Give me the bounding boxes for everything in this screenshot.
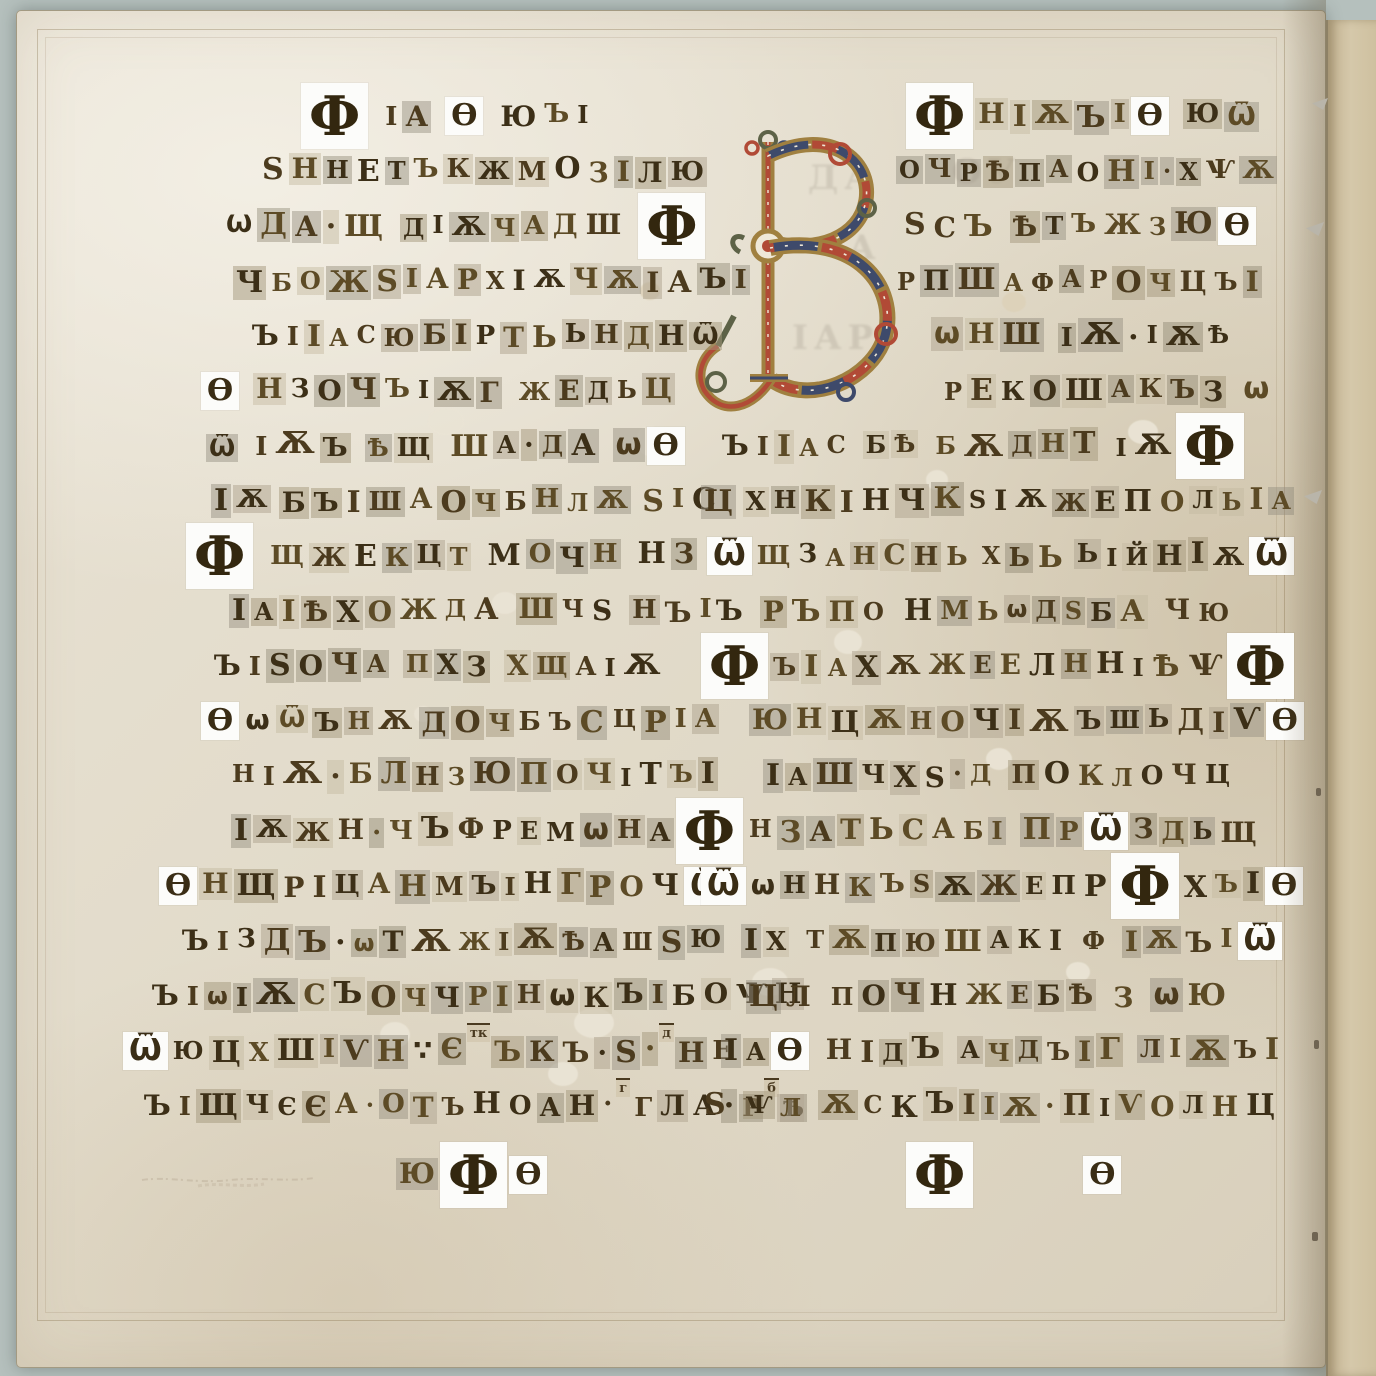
glyph-patch: Л	[657, 1090, 688, 1122]
glyph-patch: А	[407, 483, 436, 515]
text-column-left: ФІАѲЮЪІЅННЕТЪКЖМОЗІЛЮѠДА·ЩДІѪЧАДШФЧБОЖЅІ…	[120, 88, 720, 1217]
word-gap	[822, 665, 823, 666]
glyph-patch: О	[858, 980, 888, 1012]
glyph-patch: П	[1060, 1089, 1094, 1123]
glyph-patch: Ѫ	[594, 486, 632, 514]
glyph-patch: Л	[777, 1094, 804, 1122]
glyph-patch: Б	[932, 432, 959, 460]
word-gap	[387, 225, 399, 226]
glyph-patch: Т	[500, 322, 527, 354]
glyph-patch: Ф	[1079, 927, 1108, 955]
glyph-patch: А	[251, 598, 277, 626]
glyph-patch: Ѫ	[280, 757, 325, 791]
glyph-patch: К	[382, 543, 412, 573]
glyph-patch: Р	[586, 871, 615, 905]
glyph-patch: Ч	[970, 704, 1003, 738]
glyph-patch: Ѫ	[233, 485, 271, 513]
glyph-patch: Ъ	[923, 1087, 958, 1121]
highlight-glyph: Ѳ	[771, 1032, 809, 1070]
glyph-patch: П	[826, 596, 858, 628]
glyph-patch: ѡ	[546, 979, 578, 1013]
glyph-patch: Р	[465, 982, 491, 1012]
glyph-patch: Ц	[828, 706, 863, 740]
word-gap	[616, 610, 628, 611]
glyph-patch: Ѣ	[301, 596, 332, 628]
glyph-patch: І	[1058, 323, 1076, 353]
glyph-patch: П	[1015, 159, 1044, 187]
glyph-patch: Ѿ	[1224, 102, 1258, 132]
glyph-patch: А	[537, 1093, 564, 1123]
glyph-patch: І	[617, 764, 634, 792]
glyph-patch: Ъ	[770, 653, 799, 681]
word-gap	[491, 665, 503, 666]
glyph-patch: Ж	[977, 870, 1020, 902]
glyph-patch: Р	[894, 268, 918, 296]
word-gap	[995, 775, 1007, 776]
word-gap	[1034, 1175, 1046, 1176]
glyph-patch: С	[880, 539, 908, 571]
glyph-patch: А	[1059, 265, 1085, 293]
glyph-patch: Ъ	[961, 210, 996, 244]
glyph-patch: Ѕ	[658, 926, 686, 960]
glyph-patch: К	[887, 1091, 920, 1125]
glyph-patch: Ж	[1101, 209, 1144, 241]
glyph-patch: Х	[1181, 871, 1210, 905]
glyph-patch: П	[1048, 871, 1079, 901]
glyph-patch: Н	[901, 594, 935, 628]
glyph-patch: ·	[642, 1032, 658, 1066]
glyph-patch: ·	[369, 818, 384, 848]
glyph-patch: І	[260, 762, 278, 792]
glyph-patch: ѡ	[242, 704, 272, 736]
glyph-patch: Н	[323, 156, 352, 184]
glyph-patch: Ж	[293, 818, 333, 848]
glyph-patch: Ж	[926, 649, 969, 681]
text-line: ѾѡННКЪЅѪЖЕПРФХЪІѲ	[695, 858, 1295, 913]
glyph-patch: Ц	[1177, 266, 1210, 298]
highlight-glyph: Ф	[1176, 413, 1243, 479]
glyph-patch: Ѫ	[1026, 705, 1071, 739]
glyph-patch: К	[1075, 760, 1106, 792]
text-line: РЕКОШАКЪЗѡ	[695, 363, 1295, 418]
glyph-patch: Ц	[1243, 1089, 1278, 1123]
glyph-patch: Ч	[243, 1090, 273, 1120]
glyph-patch: Ъ	[320, 433, 351, 463]
glyph-patch: Д	[1159, 817, 1188, 847]
glyph-patch: Щ	[754, 541, 794, 571]
glyph-patch: Ѣ	[559, 927, 588, 957]
glyph-patch: М	[432, 872, 467, 902]
glyph-patch: Ъ	[719, 430, 752, 462]
glyph-patch: І	[211, 484, 231, 518]
text-line: ІАІѢХОЖДАШЧЅНЪІ	[120, 583, 720, 638]
text-line: ѾІѪЪѢЩША·ДАѡѲ	[120, 418, 720, 473]
word-gap	[625, 225, 637, 226]
glyph-patch: Ъ	[311, 488, 342, 518]
glyph-patch: Ъ	[411, 154, 442, 184]
glyph-patch: Ѫ	[449, 212, 489, 242]
text-line: ФНІѪЪІѲЮѾ	[695, 88, 1295, 143]
glyph-patch: Ш	[955, 263, 999, 297]
text-line: РПШАФАРОЧЦЪІ	[695, 253, 1295, 308]
glyph-patch: Ш	[619, 928, 655, 956]
glyph-patch: Р	[473, 321, 499, 351]
glyph-patch: К	[443, 154, 473, 184]
glyph-patch: Ф	[1028, 269, 1057, 297]
word-gap	[1124, 1050, 1136, 1051]
glyph-patch: А	[664, 266, 694, 300]
glyph-patch: Щ	[234, 869, 279, 903]
glyph-patch: І	[669, 484, 687, 514]
glyph-patch: А	[1117, 595, 1147, 629]
glyph-patch: Д	[419, 707, 450, 739]
glyph-patch: Т	[1042, 212, 1066, 240]
word-gap	[239, 445, 251, 446]
glyph-patch: Н	[566, 1090, 598, 1122]
glyph-patch: П	[828, 983, 857, 1011]
glyph-patch: Ю	[1183, 99, 1222, 129]
glyph-patch: Н	[590, 539, 621, 569]
glyph-patch: І	[1243, 867, 1263, 901]
glyph-patch: Х	[852, 651, 881, 685]
highlight-glyph: Ф	[906, 1142, 973, 1208]
glyph-patch: П	[517, 758, 551, 792]
glyph-patch: Т	[379, 926, 406, 958]
glyph-patch: Х	[333, 596, 362, 630]
glyph-patch: І	[1188, 537, 1208, 571]
glyph-patch: Ъ	[1044, 1038, 1073, 1066]
glyph-patch: ∵	[410, 1035, 435, 1067]
glyph-patch: Н	[532, 484, 563, 514]
glyph-patch: І	[1005, 704, 1024, 736]
glyph-patch: І	[1112, 434, 1129, 462]
text-line: ѲНЗОЧЪІѪГЖЕДЬЦ	[120, 363, 720, 418]
glyph-patch: Ъ	[1167, 375, 1198, 405]
glyph-patch: І	[1243, 266, 1262, 298]
glyph-patch: Х	[504, 650, 532, 682]
glyph-patch: ·	[1125, 321, 1141, 355]
superscript-letter: тк	[467, 1023, 490, 1042]
glyph-patch: Ѫ	[1012, 485, 1050, 513]
glyph-patch: Ш	[583, 209, 625, 241]
glyph-patch: А	[822, 544, 848, 572]
glyph-patch: О	[1074, 158, 1103, 188]
glyph-patch: О	[1157, 486, 1187, 518]
facing-page-edge	[1326, 20, 1376, 1376]
glyph-patch: Ъ	[295, 926, 330, 960]
binding-speck	[1316, 788, 1321, 796]
text-line: ІѪЖН·ЧЪФРЕМѡНАФ	[120, 803, 720, 858]
glyph-patch: Д	[585, 377, 612, 405]
glyph-patch: Р	[1056, 817, 1082, 847]
glyph-patch: ·	[594, 1037, 610, 1069]
glyph-patch: Ъ	[614, 978, 647, 1010]
glyph-patch: Р	[760, 596, 787, 628]
glyph-patch: ·	[1042, 1090, 1058, 1122]
glyph-patch: І	[1246, 483, 1266, 517]
glyph-patch: І	[246, 652, 264, 682]
word-gap	[1022, 1175, 1034, 1176]
glyph-patch: Ч	[891, 978, 924, 1012]
glyph-patch: Ѣ	[1150, 650, 1182, 684]
glyph-patch: О	[1138, 761, 1167, 791]
word-gap	[747, 610, 759, 611]
highlight-glyph: Ѳ	[1131, 97, 1169, 135]
glyph-patch: З	[445, 763, 468, 791]
glyph-patch: А	[402, 101, 431, 133]
glyph-patch: І	[649, 980, 667, 1010]
highlight-glyph: Ф	[638, 193, 705, 259]
glyph-patch: Н	[344, 707, 373, 735]
glyph-patch: Ѕ	[701, 1088, 729, 1122]
glyph-patch: І	[495, 928, 512, 956]
glyph-patch: А	[471, 593, 501, 627]
glyph-patch: І	[991, 485, 1010, 517]
glyph-patch: А	[363, 650, 389, 678]
glyph-patch: Р	[489, 816, 515, 846]
glyph-patch: І	[344, 486, 364, 520]
glyph-patch: Ш	[813, 758, 857, 792]
glyph-patch: Ѕ	[966, 486, 989, 514]
glyph-patch: Н	[395, 870, 429, 904]
word-gap	[632, 500, 638, 501]
glyph-patch: Ѱ	[1203, 155, 1238, 185]
highlight-glyph: Ѳ	[1083, 1156, 1121, 1194]
word-gap	[369, 115, 381, 116]
glyph-patch: Ѱ	[743, 1091, 775, 1119]
glyph-patch: Т	[837, 814, 864, 846]
glyph-patch: Н	[374, 1035, 408, 1069]
glyph-patch: І	[214, 927, 232, 957]
glyph-patch: ·	[950, 759, 965, 789]
glyph-patch: Х	[246, 1038, 272, 1068]
glyph-patch: Б	[1034, 980, 1064, 1012]
glyph-patch: Ж	[309, 543, 349, 573]
text-column-right: ФНІѪЪІѲЮѾОЧРѢПАОНІ·ХѰѪЅСЪѢТЪЖЗЮѲРПШАФАРО…	[695, 88, 1295, 1217]
glyph-patch: Ѣ	[1010, 211, 1041, 243]
glyph-patch: Щ	[533, 652, 570, 680]
glyph-patch: Л	[378, 757, 411, 791]
glyph-patch: Н	[521, 867, 555, 901]
glyph-patch: Х	[979, 542, 1004, 570]
glyph-patch: Ѕ	[1062, 597, 1085, 625]
glyph-patch: Н	[412, 762, 443, 792]
glyph-patch: К	[801, 485, 834, 519]
glyph-patch: Ь	[1074, 539, 1101, 569]
glyph-patch: А	[332, 1088, 361, 1120]
glyph-patch: ·	[323, 210, 339, 244]
glyph-patch: Н	[926, 979, 960, 1013]
glyph-patch: А	[1108, 375, 1134, 403]
glyph-patch: Ъ	[546, 708, 575, 736]
glyph-patch: Ѿ	[206, 434, 238, 462]
text-line: ѡНШІѪ·ІѪѢ	[695, 308, 1295, 363]
glyph-patch: І	[1262, 1033, 1282, 1067]
word-gap	[1046, 1175, 1058, 1176]
glyph-patch: Р	[957, 159, 981, 187]
highlight-glyph: Ф	[440, 1142, 507, 1208]
glyph-patch: З	[1130, 813, 1156, 845]
glyph-patch: І	[1103, 544, 1120, 572]
glyph-patch: Л	[1189, 486, 1216, 514]
glyph-patch: Ж	[963, 979, 1006, 1011]
glyph-patch: К	[1136, 374, 1166, 404]
word-gap	[805, 1105, 817, 1106]
glyph-patch: Ъ	[789, 595, 824, 629]
glyph-patch: Ь	[529, 321, 560, 355]
glyph-patch: Т	[447, 543, 471, 571]
glyph-patch: Ч	[985, 1039, 1013, 1067]
word-gap	[390, 665, 402, 666]
glyph-patch: І	[857, 1036, 877, 1070]
glyph-patch: Н	[514, 980, 545, 1010]
glyph-patch: І	[1144, 321, 1161, 349]
glyph-patch: Л	[1026, 649, 1059, 683]
glyph-patch: Ц	[332, 870, 363, 900]
glyph-patch: Ѕ	[373, 265, 401, 299]
glyph-patch: Ч	[347, 373, 380, 407]
glyph-patch: З	[288, 374, 313, 404]
text-line: ЧБОЖЅІАРХІѪЧѪІАЪІ	[120, 253, 720, 308]
glyph-patch: Ъ	[211, 650, 244, 682]
glyph-patch: Ч	[1168, 759, 1200, 791]
glyph-patch: Р	[454, 264, 481, 296]
glyph-patch: О	[896, 156, 923, 184]
glyph-patch: Ш	[516, 593, 558, 625]
glyph-patch: Н	[629, 595, 660, 625]
word-gap	[737, 500, 742, 501]
glyph-patch: Ч	[386, 816, 416, 846]
highlight-glyph: Ф	[701, 633, 768, 699]
glyph-patch: Ч	[1147, 269, 1175, 297]
glyph-patch: А	[292, 211, 321, 243]
glyph-patch: Ѫ	[865, 705, 905, 735]
glyph-patch: О	[526, 539, 555, 569]
glyph-patch: Е	[351, 540, 380, 574]
glyph-patch: І	[304, 320, 324, 354]
glyph-patch: Є	[275, 1093, 300, 1121]
word-gap	[1148, 665, 1149, 666]
text-line: ѠДА·ЩДІѪЧАДШФ	[120, 198, 720, 253]
glyph-patch: Ъ	[1212, 870, 1241, 898]
glyph-patch: Ь	[943, 542, 970, 572]
glyph-patch: Н	[1153, 540, 1185, 572]
glyph-patch: Ц	[209, 1036, 244, 1070]
faded-inscription	[138, 1158, 348, 1202]
word-gap	[790, 940, 802, 941]
glyph-patch: О	[506, 1091, 535, 1121]
glyph-patch: І	[229, 594, 249, 628]
glyph-patch: І	[1166, 1034, 1184, 1064]
text-line: ЪРЪПОНМЬѡДЅБАЧЮ	[695, 583, 1295, 638]
superscript-letter: д	[659, 1023, 674, 1042]
glyph-patch: Н	[965, 318, 997, 350]
glyph-patch: Н	[591, 320, 622, 350]
glyph-patch: Н	[771, 486, 800, 514]
glyph-patch: А	[521, 211, 548, 241]
glyph-patch: Л	[1109, 764, 1136, 792]
text-line: ѲѡѾЪНѪДОЧБЪСЦРІА	[120, 693, 720, 748]
glyph-patch: Т	[636, 758, 664, 792]
glyph-patch: М	[543, 818, 578, 848]
glyph-patch: І	[754, 432, 772, 462]
glyph-patch: О	[1041, 757, 1073, 791]
glyph-patch: Ц	[642, 373, 675, 405]
glyph-patch: О	[1147, 1091, 1177, 1123]
text-line: ІАѲНІДЪАЧДЪІГЛІѪЪІ	[695, 1023, 1295, 1078]
glyph-patch: Д	[1032, 596, 1059, 624]
glyph-patch: Д	[1174, 704, 1207, 738]
glyph-patch: І	[1122, 926, 1141, 958]
glyph-patch: Ѫ	[1239, 156, 1277, 184]
highlight-glyph: Ѳ	[159, 867, 197, 905]
glyph-patch: М	[485, 539, 524, 573]
word-gap	[472, 555, 484, 556]
glyph-patch: Ш	[447, 430, 491, 464]
word-gap	[503, 610, 515, 611]
glyph-patch: Б	[516, 707, 544, 737]
glyph-patch: Х	[1176, 158, 1201, 186]
glyph-patch: А	[987, 926, 1013, 954]
glyph-patch: Ѫ	[1186, 1035, 1229, 1067]
glyph-patch: Ч	[431, 982, 463, 1014]
glyph-patch: О	[314, 375, 344, 407]
glyph-patch: Е	[555, 375, 582, 407]
glyph-patch: О	[297, 267, 324, 295]
word-gap	[352, 445, 364, 446]
glyph-patch: Ю	[497, 101, 539, 133]
word-gap	[1227, 390, 1239, 391]
word-gap	[1184, 665, 1185, 666]
glyph-patch: ѡ	[1004, 595, 1031, 623]
glyph-patch: ѡ	[204, 982, 231, 1010]
highlight-glyph: Ѳ	[647, 427, 685, 465]
glyph-patch: Ю	[1185, 979, 1230, 1013]
glyph-patch: З	[777, 816, 805, 850]
highlight-glyph: Ѿ	[1238, 922, 1283, 960]
glyph-patch: Ю	[1171, 207, 1216, 241]
text-line: ФЪІАХѪЖЕЕЛННІѢѰФ	[695, 638, 1295, 693]
glyph-patch: Т	[1070, 427, 1098, 461]
glyph-patch: К	[998, 377, 1028, 407]
glyph-patch: І	[1046, 925, 1065, 957]
glyph-patch: С	[899, 814, 927, 846]
glyph-patch: Ч	[233, 266, 266, 300]
glyph-patch: А	[957, 1036, 983, 1064]
glyph-patch: О	[296, 650, 326, 682]
glyph-patch: І	[672, 704, 690, 734]
glyph-patch: М	[937, 596, 972, 626]
glyph-patch: Ш	[1000, 318, 1044, 352]
glyph-patch: Ѫ	[375, 706, 415, 736]
glyph-patch: Р	[941, 378, 965, 406]
highlight-glyph: Ѿ	[707, 537, 752, 575]
glyph-patch: О	[860, 598, 887, 626]
glyph-patch: А	[647, 818, 674, 848]
glyph-patch: Ч	[649, 869, 682, 903]
glyph-patch: П	[920, 265, 952, 297]
glyph-patch: Е	[997, 649, 1024, 681]
text-line: ЪІІАСЮБІРТЬЬНДНѾ	[120, 308, 720, 363]
glyph-patch: Ъ	[491, 1036, 524, 1068]
glyph-patch: Ѫ	[253, 978, 298, 1012]
glyph-patch: Ѕ	[266, 649, 294, 683]
glyph-patch: І	[382, 102, 400, 132]
glyph-patch: А	[572, 652, 599, 682]
glyph-patch: Ѵ	[340, 1035, 372, 1067]
glyph-patch: Ж	[456, 928, 494, 956]
glyph-patch: Ѫ	[253, 815, 291, 843]
